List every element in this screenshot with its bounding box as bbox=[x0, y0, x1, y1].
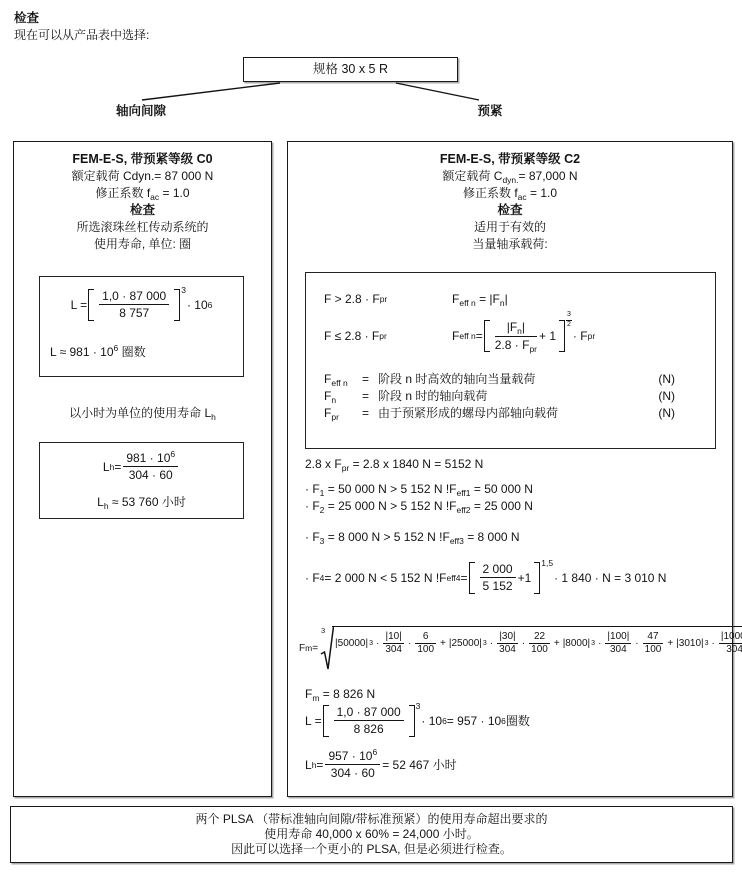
mean-load-formula: Fm = 3 |50000|3 · |10|304 · 6100 + |2500… bbox=[299, 625, 730, 671]
left-life-formula-box: L = 1,0 · 87 0008 757 3 · 106 L ≈ 981 · … bbox=[39, 276, 244, 377]
page-subtitle: 现在可以从产品表中选择: bbox=[14, 26, 149, 43]
page-title: 检查 bbox=[14, 8, 39, 26]
bracket-left bbox=[469, 562, 475, 594]
left-desc-line1: 所选滚珠丝杠传动系统的 bbox=[14, 219, 271, 236]
right-rated-load: 额定载荷 Cdyn.= 87,000 N bbox=[288, 168, 732, 185]
summary-line3: 因此可以选择一个更小的 PLSA, 但是必须进行检查。 bbox=[11, 842, 732, 857]
right-desc-line1: 适用于有效的 bbox=[288, 219, 732, 236]
document-page: 检查 现在可以从产品表中选择: 规格 30 x 5 R 轴向间隙 预紧 FEM-… bbox=[0, 0, 742, 884]
left-check-label: 检查 bbox=[14, 202, 271, 219]
cube-root: 3 |50000|3 · |10|304 · 6100 + |25000|3 ·… bbox=[320, 625, 742, 671]
hours-formula: Lh = 981 · 106304 · 60 bbox=[40, 451, 243, 483]
left-correction-factor: 修正系数 fac = 1.0 bbox=[14, 185, 271, 202]
bracket-right bbox=[534, 562, 540, 594]
mean-load-result: Fm = 8 826 N bbox=[305, 687, 375, 701]
bracket-right bbox=[409, 705, 415, 737]
branch-label-axial-play: 轴向间隙 bbox=[103, 101, 179, 119]
right-panel: FEM-E-S, 带预紧等级 C2 额定载荷 Cdyn.= 87,000 N 修… bbox=[287, 141, 733, 797]
definition-row: Feff n = 阶段 n 时高效的轴向当量载荷 (N) bbox=[324, 371, 715, 388]
left-panel-header: FEM-E-S, 带预紧等级 C0 额定载荷 Cdyn.= 87 000 N 修… bbox=[14, 142, 271, 253]
symbol-definitions: Feff n = 阶段 n 时高效的轴向当量载荷 (N) Fn = 阶段 n 时… bbox=[324, 371, 715, 422]
load-step-4: · F4 = 2 000 N < 5 152 N !Feff4 = 2 0005… bbox=[305, 562, 666, 594]
load-step-1: · F1 = 50 000 N > 5 152 N !Feff1 = 50 00… bbox=[305, 482, 533, 496]
right-hours-formula: Lh = 957 · 106304 · 60 = 52 467 小时 bbox=[305, 749, 457, 781]
left-panel-title: FEM-E-S, 带预紧等级 C0 bbox=[14, 151, 271, 168]
bracket-left bbox=[484, 320, 490, 352]
hours-life-label: 以小时为单位的使用寿命 Lh bbox=[14, 404, 271, 421]
bracket-left bbox=[88, 289, 94, 321]
hours-result: Lh ≈ 53 760 小时 bbox=[40, 493, 243, 510]
left-hours-formula-box: Lh = 981 · 106304 · 60 Lh ≈ 53 760 小时 bbox=[39, 442, 244, 519]
right-life-formula: L = 1,0 · 87 0008 826 3 · 106 = 957 · 10… bbox=[305, 705, 530, 737]
spec-box: 规格 30 x 5 R bbox=[243, 57, 458, 82]
left-rated-load: 额定载荷 Cdyn.= 87 000 N bbox=[14, 168, 271, 185]
branch-line-right bbox=[396, 83, 479, 100]
condition-row-1: F > 2.8 · Fpr Feff n = |Fn| bbox=[324, 285, 715, 313]
summary-box: 两个 PLSA （带标准轴向间隙/带标准预紧）的使用寿命超出要求的 使用寿命 4… bbox=[10, 806, 733, 863]
summary-line2: 使用寿命 40,000 x 60% = 24,000 小时。 bbox=[11, 827, 732, 842]
left-desc-line2: 使用寿命, 单位: 圈 bbox=[14, 236, 271, 253]
life-result: L ≈ 981 · 106 圈数 bbox=[50, 343, 146, 360]
load-step-2: · F2 = 25 000 N > 5 152 N !Feff2 = 25 00… bbox=[305, 499, 533, 513]
right-panel-header: FEM-E-S, 带预紧等级 C2 额定载荷 Cdyn.= 87,000 N 修… bbox=[288, 142, 732, 253]
branch-line-left bbox=[142, 83, 280, 100]
spec-label: 规格 30 x 5 R bbox=[313, 62, 388, 76]
summary-line1: 两个 PLSA （带标准轴向间隙/带标准预紧）的使用寿命超出要求的 bbox=[11, 812, 732, 827]
load-step-3: · F3 = 8 000 N > 5 152 N !Feff3 = 8 000 … bbox=[305, 530, 520, 544]
right-correction-factor: 修正系数 fac = 1.0 bbox=[288, 185, 732, 202]
right-desc-line2: 当量轴承载荷: bbox=[288, 236, 732, 253]
bracket-left bbox=[323, 705, 329, 737]
condition-row-2: F ≤ 2.8 · Fpr Feff n = |Fn|2.8 · Fpr + 1… bbox=[324, 313, 715, 359]
right-panel-title: FEM-E-S, 带预紧等级 C2 bbox=[288, 151, 732, 168]
definition-row: Fpr = 由于预紧形成的螺母内部轴向载荷 (N) bbox=[324, 405, 715, 422]
life-formula: L = 1,0 · 87 0008 757 3 · 106 bbox=[40, 289, 243, 321]
bracket-right bbox=[559, 320, 565, 352]
left-panel: FEM-E-S, 带预紧等级 C0 额定载荷 Cdyn.= 87 000 N 修… bbox=[13, 141, 272, 797]
branch-label-preload: 预紧 bbox=[462, 101, 518, 119]
preload-threshold-line: 2.8 x Fpr = 2.8 x 1840 N = 5152 N bbox=[305, 457, 483, 471]
definition-row: Fn = 阶段 n 时的轴向载荷 (N) bbox=[324, 388, 715, 405]
bracket-right bbox=[174, 289, 180, 321]
equivalent-load-formula-box: F > 2.8 · Fpr Feff n = |Fn| F ≤ 2.8 · Fp… bbox=[305, 272, 716, 449]
right-check-label: 检查 bbox=[288, 202, 732, 219]
